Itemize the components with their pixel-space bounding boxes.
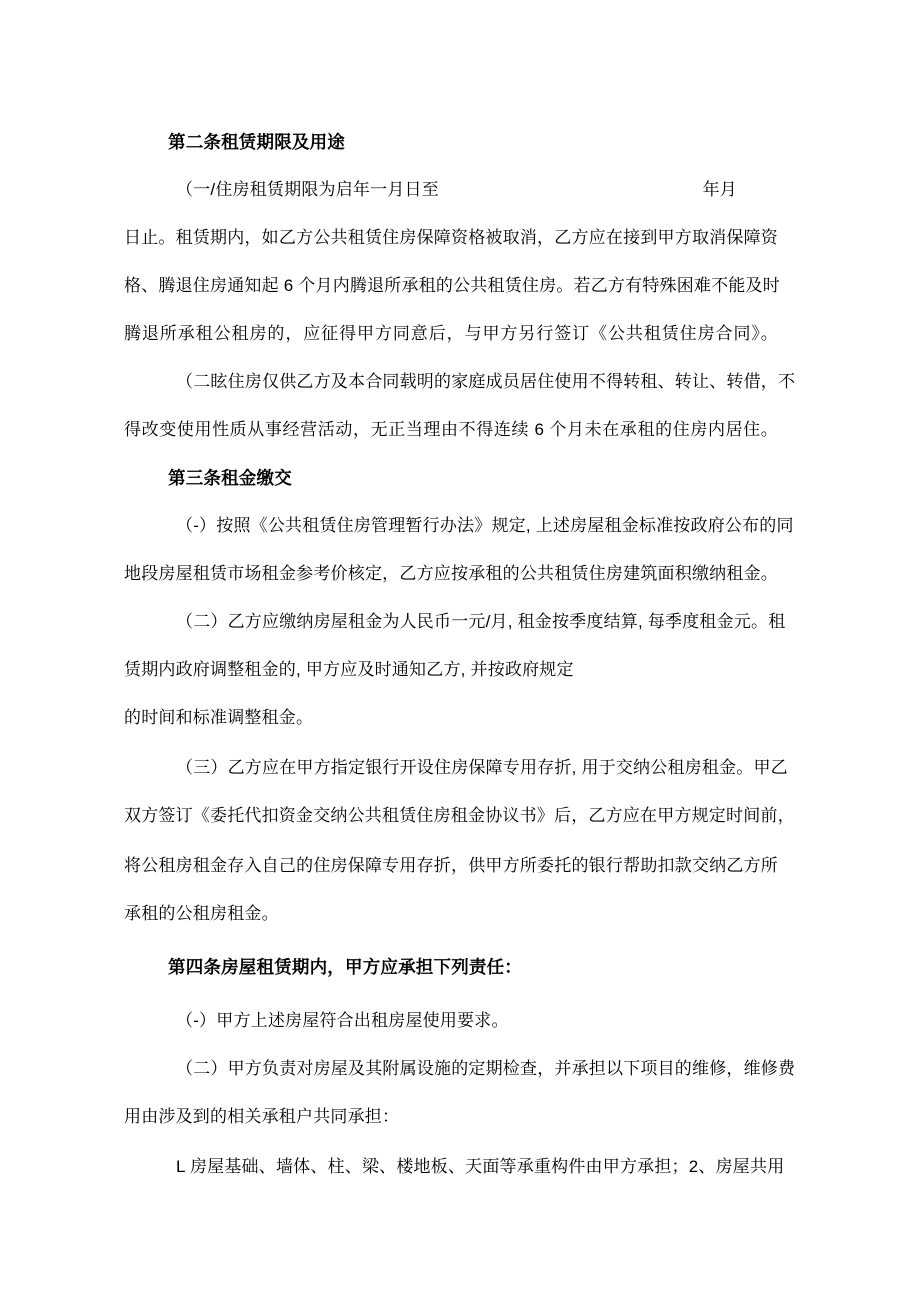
lease-term-line: （一/住房租赁期限为启年一月日至 年月 bbox=[124, 166, 778, 214]
contract-page: 第二条租赁期限及用途 （一/住房租赁期限为启年一月日至 年月 日止。租赁期内，如… bbox=[0, 0, 920, 1301]
clause-3-3-line: （三）乙方应在甲方指定银行开设住房保障专用存折, 用于交纳公租房租金。甲乙 bbox=[124, 744, 778, 792]
article-2-heading: 第二条租赁期限及用途 bbox=[124, 118, 778, 166]
paragraph-line: 用由涉及到的相关承租户共同承担： bbox=[124, 1093, 778, 1141]
clause-2-2-line: （二眩住房仅供乙方及本合同载明的家庭成员居住使用不得转租、转让、转借，不 bbox=[124, 358, 778, 406]
paragraph-line: 格、腾退住房通知起 6 个月内腾退所承租的公共租赁住房。若乙方有特殊困难不能及时 bbox=[124, 262, 778, 310]
lease-term-left-text: （一/住房租赁期限为启年一月日至 bbox=[176, 166, 439, 214]
lease-term-year-month-label: 年月 bbox=[703, 166, 737, 214]
paragraph-line: 双方签订《委托代扣资金交纳公共租赁住房租金协议书》后，乙方应在甲方规定时间前， bbox=[124, 792, 778, 840]
repair-items-line: L 房屋基础、墙体、柱、梁、楼地板、天面等承重构件由甲方承担；2、房屋共用 bbox=[124, 1143, 778, 1191]
paragraph-line: 的时间和标准调整租金。 bbox=[124, 694, 778, 742]
paragraph-line: 得改变使用性质从事经营活动，无正当理由不得连续 6 个月未在承租的住房内居住。 bbox=[124, 406, 778, 454]
clause-3-1-line: （-）按照《公共租赁住房管理暂行办法》规定, 上述房屋租金标准按政府公布的同 bbox=[124, 502, 778, 550]
article-3-heading: 第三条租金缴交 bbox=[124, 454, 778, 502]
paragraph-line: 日止。租赁期内，如乙方公共租赁住房保障资格被取消，乙方应在接到甲方取消保障资 bbox=[124, 214, 778, 262]
paragraph-line: 承租的公租房租金。 bbox=[124, 890, 778, 938]
clause-3-2-line: （二）乙方应缴纳房屋租金为人民币一元/月, 租金按季度结算, 每季度租金元。租 bbox=[124, 598, 778, 646]
contract-body: 第二条租赁期限及用途 （一/住房租赁期限为启年一月日至 年月 日止。租赁期内，如… bbox=[124, 118, 778, 1191]
paragraph-line: 地段房屋租赁市场租金参考价核定，乙方应按承租的公共租赁住房建筑面积缴纳租金。 bbox=[124, 550, 778, 598]
paragraph-line: 腾退所承租公租房的，应征得甲方同意后，与甲方另行签订《公共租赁住房合同》。 bbox=[124, 310, 778, 358]
clause-4-1-line: （-）甲方上述房屋符合出租房屋使用要求。 bbox=[124, 997, 778, 1045]
article-4-heading: 第四条房屋租赁期内，甲方应承担下列责任： bbox=[124, 943, 778, 991]
paragraph-line: 赁期内政府调整租金的, 甲方应及时通知乙方, 并按政府规定 bbox=[124, 646, 778, 694]
clause-4-2-line: （二）甲方负责对房屋及其附属设施的定期检查，并承担以下项目的维修，维修费 bbox=[124, 1045, 778, 1093]
paragraph-line: 将公租房租金存入自己的住房保障专用存折，供甲方所委托的银行帮助扣款交纳乙方所 bbox=[124, 842, 778, 890]
